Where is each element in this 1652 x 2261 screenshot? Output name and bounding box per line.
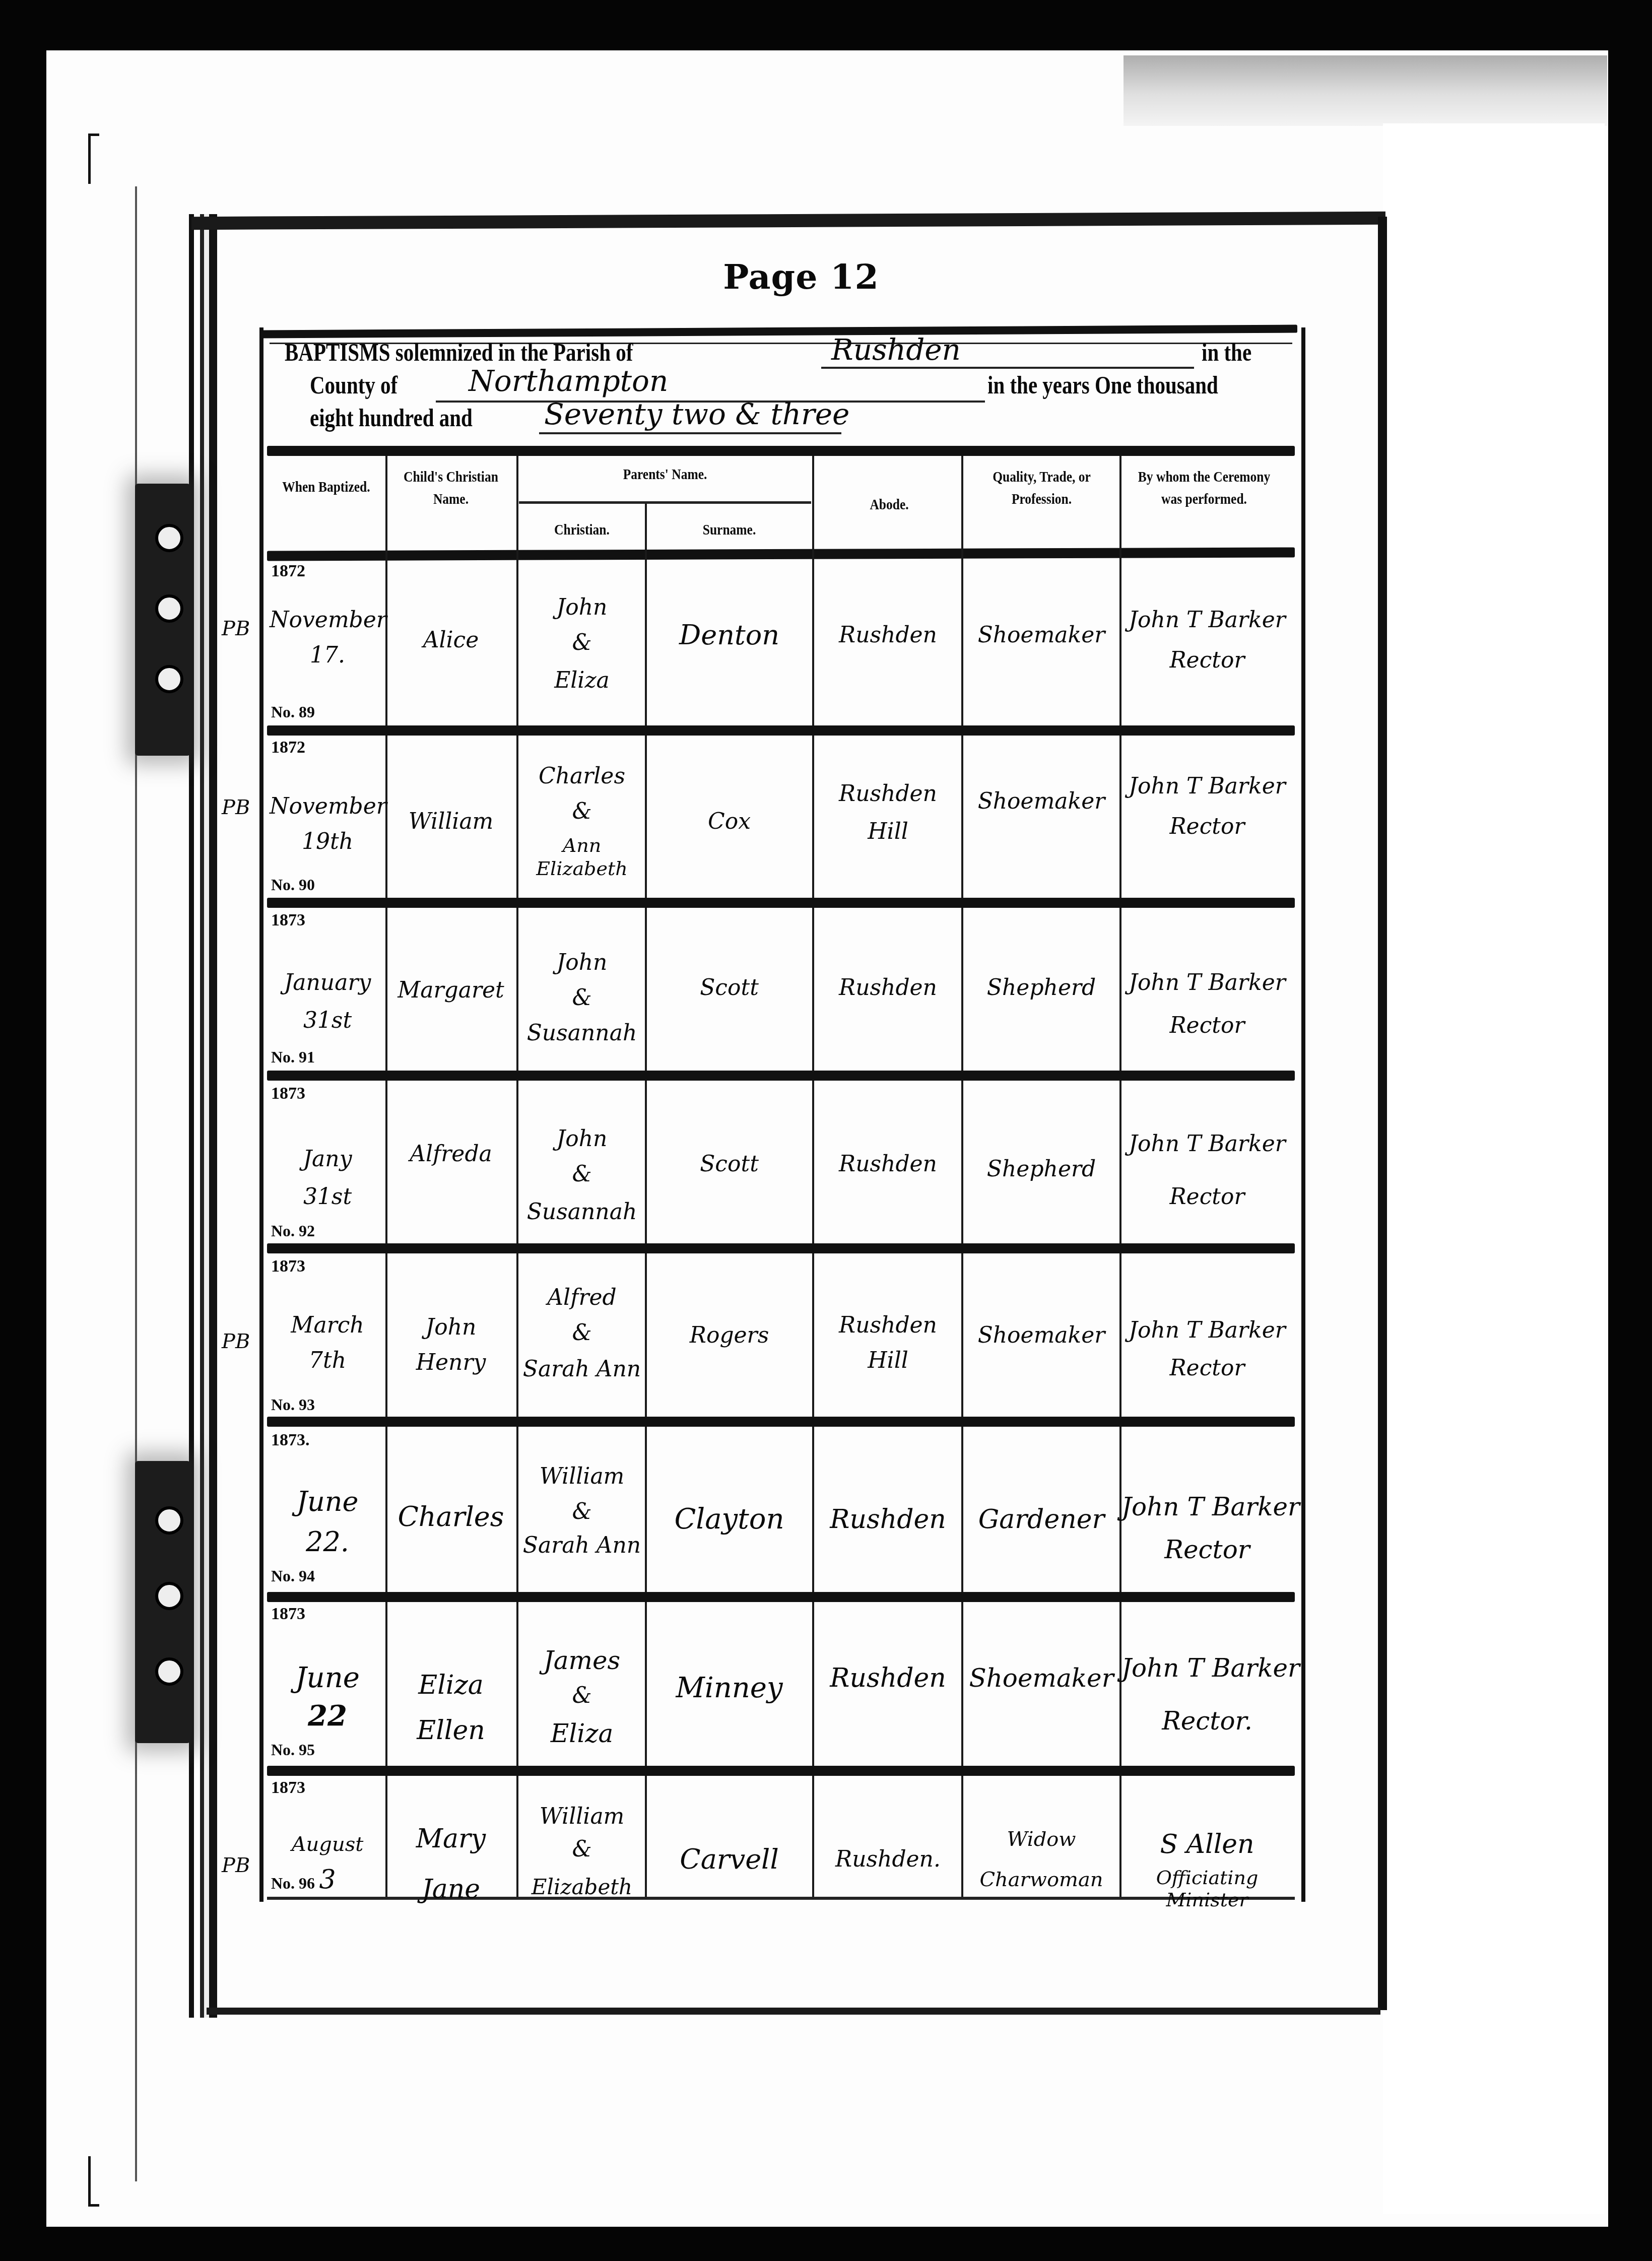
crop-mark-bottom-left [88, 2156, 91, 2207]
entry-number: No. 95 [271, 1741, 315, 1759]
entry-abode: Rushden [814, 778, 962, 810]
entry-officiant-title: Rector [1121, 645, 1293, 676]
entry-surname: Scott [647, 1149, 811, 1180]
entry-parent2: Elizabeth [519, 1872, 645, 1903]
col-abode: Abode. [827, 494, 952, 516]
col-when-baptized: When Baptized. [278, 476, 374, 498]
margin-annotation: PB [222, 1330, 250, 1353]
scan-shadow [1124, 55, 1607, 126]
years-blank-line [539, 432, 841, 434]
entry-day: 19th [270, 826, 385, 857]
col-parents-christian: Christian. [528, 519, 636, 541]
entry-day: 22 [270, 1700, 385, 1732]
entry-parent1: James [519, 1645, 645, 1676]
heading-line3-prefix: eight hundred and [310, 403, 473, 432]
entry-parent1: John [519, 1123, 645, 1155]
row-rule [267, 898, 1295, 908]
col-parents-surname: Surname. [659, 519, 799, 541]
heading-bottom-rule [267, 446, 1295, 456]
clasp-hole [155, 1582, 183, 1610]
page-bottom-border [207, 2008, 1380, 2015]
entry-parent2: Eliza [519, 1718, 645, 1749]
entry-parent2: Ann Elizabeth [519, 834, 645, 880]
entry-abode: Rushden [814, 972, 962, 1004]
entry-child-name: Margaret [388, 975, 514, 1006]
scan-right-margin [1383, 123, 1605, 2214]
entry-surname: Rogers [647, 1320, 811, 1351]
entry-parent1: Charles [519, 761, 645, 792]
entry-trade: Shoemaker [963, 786, 1119, 817]
row-rule [267, 1417, 1295, 1427]
entry-ampersand: & [519, 1496, 645, 1527]
entry-abode: Rushden [814, 1504, 962, 1535]
entry-surname: Minney [647, 1673, 811, 1704]
parents-subdivider [519, 501, 811, 504]
entry-month: November [270, 791, 385, 822]
col-parents-name: Parents' Name. [541, 463, 789, 486]
entry-month: January [270, 967, 385, 999]
entry-officiant-title: Rector [1121, 1353, 1293, 1384]
page-title: Page 12 [700, 257, 902, 297]
col-divider [516, 456, 518, 1899]
entry-surname: Carvell [647, 1844, 811, 1875]
clasp-hole [155, 665, 183, 693]
clasp-hole [155, 594, 183, 623]
binding-clasp-lower [135, 1461, 190, 1743]
entry-ampersand: & [519, 1159, 645, 1190]
entry-child-name: Eliza Ellen [388, 1662, 514, 1753]
entry-trade: Widow [963, 1824, 1119, 1855]
crop-mark-top-left [88, 134, 91, 184]
entry-number: No. 90 [271, 876, 315, 894]
entry-abode-line2: Hill [814, 816, 962, 847]
page-right-border [1378, 217, 1387, 2010]
clasp-hole [155, 524, 183, 552]
entry-abode: Rushden [814, 1310, 962, 1341]
entry-parent2: Sarah Ann [519, 1532, 645, 1560]
entry-parent1: John [519, 592, 645, 623]
entry-officiant: John T Barker [1121, 605, 1293, 636]
book-spine-edge [189, 214, 219, 2018]
entry-year: 1873 [271, 1605, 305, 1624]
entry-month: June [270, 1662, 385, 1694]
entry-officiant: John T Barker [1121, 771, 1293, 802]
entry-child-name: John Henry [388, 1310, 514, 1380]
row-rule [267, 1243, 1295, 1253]
col-ceremony-by: By whom the Ceremony was performed. [1136, 466, 1273, 510]
entry-number: No. 93 [271, 1395, 315, 1414]
col-divider [385, 456, 387, 1899]
entry-ampersand: & [519, 982, 645, 1014]
entry-parent2: Susannah [519, 1196, 645, 1228]
entry-child-name: William [388, 806, 514, 837]
entry-month: June [270, 1486, 385, 1517]
margin-annotation: PB [222, 617, 250, 640]
entry-trade: Shoemaker [963, 1662, 1119, 1694]
entry-day: 22. [270, 1526, 385, 1558]
entry-officiant: John T Barker [1121, 1652, 1293, 1684]
entry-number: No. 96 [271, 1874, 315, 1893]
parish-blank-line [821, 367, 1194, 369]
entry-abode: Rushden. [814, 1844, 962, 1875]
entry-abode-line2: Hill [814, 1345, 962, 1376]
binding-clasp-upper [135, 484, 190, 756]
entry-officiant: John T Barker [1121, 1315, 1293, 1346]
entry-ampersand: & [519, 1680, 645, 1711]
row-rule [267, 1071, 1295, 1081]
entry-ampersand: & [519, 796, 645, 827]
heading-line1-prefix: BAPTISMS solemnized in the Parish of [285, 338, 633, 367]
county-value: Northampton [469, 364, 668, 398]
entry-abode: Rushden [814, 620, 962, 651]
entry-child-name: Charles [388, 1501, 514, 1533]
entry-trade: Gardener [963, 1504, 1119, 1535]
entry-parent1: John [519, 947, 645, 978]
entry-officiant-title: Officiating Minister [1121, 1867, 1293, 1911]
col-child-name: Child's Christian Name. [398, 466, 505, 510]
entry-day: 17. [270, 640, 385, 671]
entry-trade: Shoemaker [963, 1320, 1119, 1351]
entry-surname: Scott [647, 972, 811, 1004]
entry-officiant: John T Barker [1121, 1491, 1293, 1522]
entry-officiant: John T Barker [1121, 1128, 1293, 1160]
entry-child-name: Alfreda [388, 1139, 514, 1170]
row-rule [267, 1766, 1295, 1776]
entry-officiant-title: Rector [1121, 1181, 1293, 1213]
entry-number: No. 89 [271, 703, 315, 721]
entry-officiant-title: Rector [1121, 1534, 1293, 1565]
row-rule [267, 725, 1295, 736]
entry-trade-line2: Charwoman [963, 1864, 1119, 1895]
entry-trade: Shepherd [963, 972, 1119, 1004]
margin-annotation: PB [222, 1854, 250, 1877]
entry-month: November [270, 605, 385, 636]
entry-number: No. 92 [271, 1222, 315, 1240]
entry-child-name: Mary Jane [388, 1814, 514, 1914]
years-value: Seventy two & three [544, 397, 849, 431]
entry-abode: Rushden [814, 1149, 962, 1180]
entry-year: 1873 [271, 1084, 305, 1103]
entry-year: 1873. [271, 1431, 310, 1450]
entry-month: March [270, 1310, 385, 1341]
entry-ampersand: & [519, 1317, 645, 1349]
entry-parent1: William [519, 1461, 645, 1492]
entry-child-name: Alice [388, 625, 514, 656]
entry-day: 31st [270, 1005, 385, 1036]
clasp-hole [155, 1657, 183, 1686]
entry-year: 1873 [271, 911, 305, 930]
entry-year: 1872 [271, 562, 305, 581]
entry-officiant: John T Barker [1121, 967, 1293, 999]
parish-value: Rushden [831, 332, 961, 367]
entry-surname: Cox [647, 806, 811, 837]
col-quality-trade: Quality, Trade, or Profession. [976, 466, 1107, 510]
entry-month: Jany [270, 1144, 385, 1175]
entry-abode: Rushden [814, 1662, 962, 1694]
heading-line1-suffix: in the [1202, 338, 1251, 367]
entry-number: No. 91 [271, 1048, 315, 1067]
entry-parent1: William [519, 1801, 645, 1832]
entry-parent2: Susannah [519, 1018, 645, 1049]
entry-year: 1872 [271, 738, 305, 757]
entry-parent1: Alfred [519, 1282, 645, 1313]
entry-month: August [270, 1829, 385, 1860]
heading-line2-prefix: County of [310, 370, 398, 400]
entry-officiant-title: Rector [1121, 1010, 1293, 1041]
heading-line2-suffix: in the years One thousand [987, 370, 1218, 400]
clasp-hole [155, 1506, 183, 1535]
entry-officiant: S Allen [1121, 1829, 1293, 1860]
crop-mark-bottom-left-h [88, 2204, 99, 2207]
entry-trade: Shoemaker [963, 620, 1119, 651]
entry-parent2: Sarah Ann [519, 1353, 645, 1386]
entry-number: No. 94 [271, 1567, 315, 1585]
entry-surname: Clayton [647, 1504, 811, 1535]
entry-year: 1873 [271, 1778, 305, 1798]
entry-officiant-title: Rector [1121, 811, 1293, 842]
entry-ampersand: & [519, 627, 645, 658]
entry-year: 1873 [271, 1257, 305, 1276]
entry-day: 31st [270, 1181, 385, 1213]
crop-mark-top-left-h [88, 134, 99, 136]
entry-surname: Denton [647, 620, 811, 651]
entry-trade: Shepherd [963, 1154, 1119, 1185]
entry-day: 7th [270, 1345, 385, 1376]
entry-officiant-title: Rector. [1121, 1705, 1293, 1737]
col-divider [645, 504, 647, 1899]
row-rule [267, 1592, 1295, 1602]
entry-parent2: Eliza [519, 665, 645, 696]
margin-annotation: PB [222, 796, 250, 819]
entry-child-name-line1: John Henry [388, 1310, 514, 1380]
entry-ampersand: & [519, 1834, 645, 1865]
